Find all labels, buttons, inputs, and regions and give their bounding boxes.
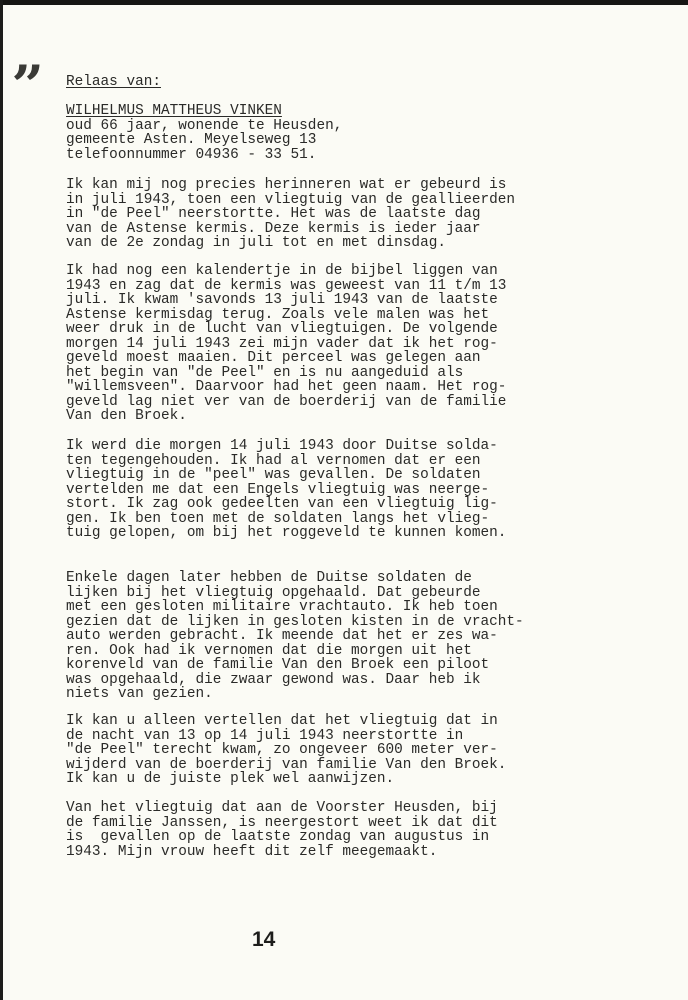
text-line: stort. Ik zag ook gedeelten van een vlie… xyxy=(66,497,506,512)
text-line: weer druk in de lucht van vliegtuigen. D… xyxy=(66,322,506,337)
paragraph-2: Ik had nog een kalendertje in de bijbel … xyxy=(66,264,506,424)
witness-name: WILHELMUS MATTHEUS VINKEN xyxy=(66,104,342,119)
text-line: de nacht van 13 op 14 juli 1943 neerstor… xyxy=(66,729,506,744)
text-line: 1943. Mijn vrouw heeft dit zelf meegemaa… xyxy=(66,845,498,860)
text-line: in juli 1943, toen een vliegtuig van de … xyxy=(66,193,515,208)
text-line: Ik werd die morgen 14 juli 1943 door Dui… xyxy=(66,439,506,454)
text-line: in "de Peel" neerstortte. Het was de laa… xyxy=(66,207,515,222)
text-line: gezien dat de lijken in gesloten kisten … xyxy=(66,615,524,630)
text-line: auto werden gebracht. Ik meende dat het … xyxy=(66,629,524,644)
text-line: gen. Ik ben toen met de soldaten langs h… xyxy=(66,512,506,527)
text-line: Astense kermisdag terug. Zoals vele male… xyxy=(66,308,506,323)
page-number: 14 xyxy=(252,928,275,952)
text-line: ren. Ook had ik vernomen dat die morgen … xyxy=(66,644,524,659)
witness-block: WILHELMUS MATTHEUS VINKEN oud 66 jaar, w… xyxy=(66,104,342,162)
text-line: korenveld van de familie Van den Broek e… xyxy=(66,658,524,673)
scan-left-border xyxy=(0,0,3,1000)
text-line: juli. Ik kwam 'savonds 13 juli 1943 van … xyxy=(66,293,506,308)
text-line: geveld lag niet ver van de boerderij van… xyxy=(66,395,506,410)
text-line: was opgehaald, die zwaar gewond was. Daa… xyxy=(66,673,524,688)
text-line: van de Astense kermis. Deze kermis is ie… xyxy=(66,222,515,237)
text-line: Van het vliegtuig dat aan de Voorster He… xyxy=(66,801,498,816)
text-line: lijken bij het vliegtuig opgehaald. Dat … xyxy=(66,586,524,601)
scan-top-border xyxy=(0,0,688,5)
text-line: Ik kan mij nog precies herinneren wat er… xyxy=(66,178,515,193)
text-line: het begin van "de Peel" en is nu aangedu… xyxy=(66,366,506,381)
text-line: Ik kan u alleen vertellen dat het vliegt… xyxy=(66,714,506,729)
text-line: geveld moest maaien. Dit perceel was gel… xyxy=(66,351,506,366)
text-line: Ik kan u de juiste plek wel aanwijzen. xyxy=(66,772,506,787)
text-line: morgen 14 juli 1943 zei mijn vader dat i… xyxy=(66,337,506,352)
text-line: Ik had nog een kalendertje in de bijbel … xyxy=(66,264,506,279)
text-line: Enkele dagen later hebben de Duitse sold… xyxy=(66,571,524,586)
witness-detail-line: telefoonnummer 04936 - 33 51. xyxy=(66,148,342,163)
paragraph-1: Ik kan mij nog precies herinneren wat er… xyxy=(66,178,515,251)
witness-detail-line: gemeente Asten. Meyelseweg 13 xyxy=(66,133,342,148)
text-line: de familie Janssen, is neergestort weet … xyxy=(66,816,498,831)
text-line: "de Peel" terecht kwam, zo ongeveer 600 … xyxy=(66,743,506,758)
text-line: Van den Broek. xyxy=(66,409,506,424)
closing-quotation-mark-icon: ” xyxy=(11,58,39,112)
paragraph-4: Enkele dagen later hebben de Duitse sold… xyxy=(66,571,524,702)
witness-detail-line: oud 66 jaar, wonende te Heusden, xyxy=(66,119,342,134)
text-line: vertelden me dat een Engels vliegtuig wa… xyxy=(66,483,506,498)
text-line: "willemsveen". Daarvoor had het geen naa… xyxy=(66,380,506,395)
paragraph-6: Van het vliegtuig dat aan de Voorster He… xyxy=(66,801,498,859)
text-line: is gevallen op de laatste zondag van aug… xyxy=(66,830,498,845)
text-line: niets van gezien. xyxy=(66,687,524,702)
text-line: met een gesloten militaire vrachtauto. I… xyxy=(66,600,524,615)
text-line: vliegtuig in de "peel" was gevallen. De … xyxy=(66,468,506,483)
text-line: tuig gelopen, om bij het roggeveld te ku… xyxy=(66,526,506,541)
heading-relaas: Relaas van: xyxy=(66,75,161,90)
paragraph-3: Ik werd die morgen 14 juli 1943 door Dui… xyxy=(66,439,506,541)
text-line: van de 2e zondag in juli tot en met dins… xyxy=(66,236,515,251)
paragraph-5: Ik kan u alleen vertellen dat het vliegt… xyxy=(66,714,506,787)
text-line: wijderd van de boerderij van familie Van… xyxy=(66,758,506,773)
text-line: 1943 en zag dat de kermis was geweest va… xyxy=(66,279,506,294)
text-line: ten tegengehouden. Ik had al vernomen da… xyxy=(66,454,506,469)
